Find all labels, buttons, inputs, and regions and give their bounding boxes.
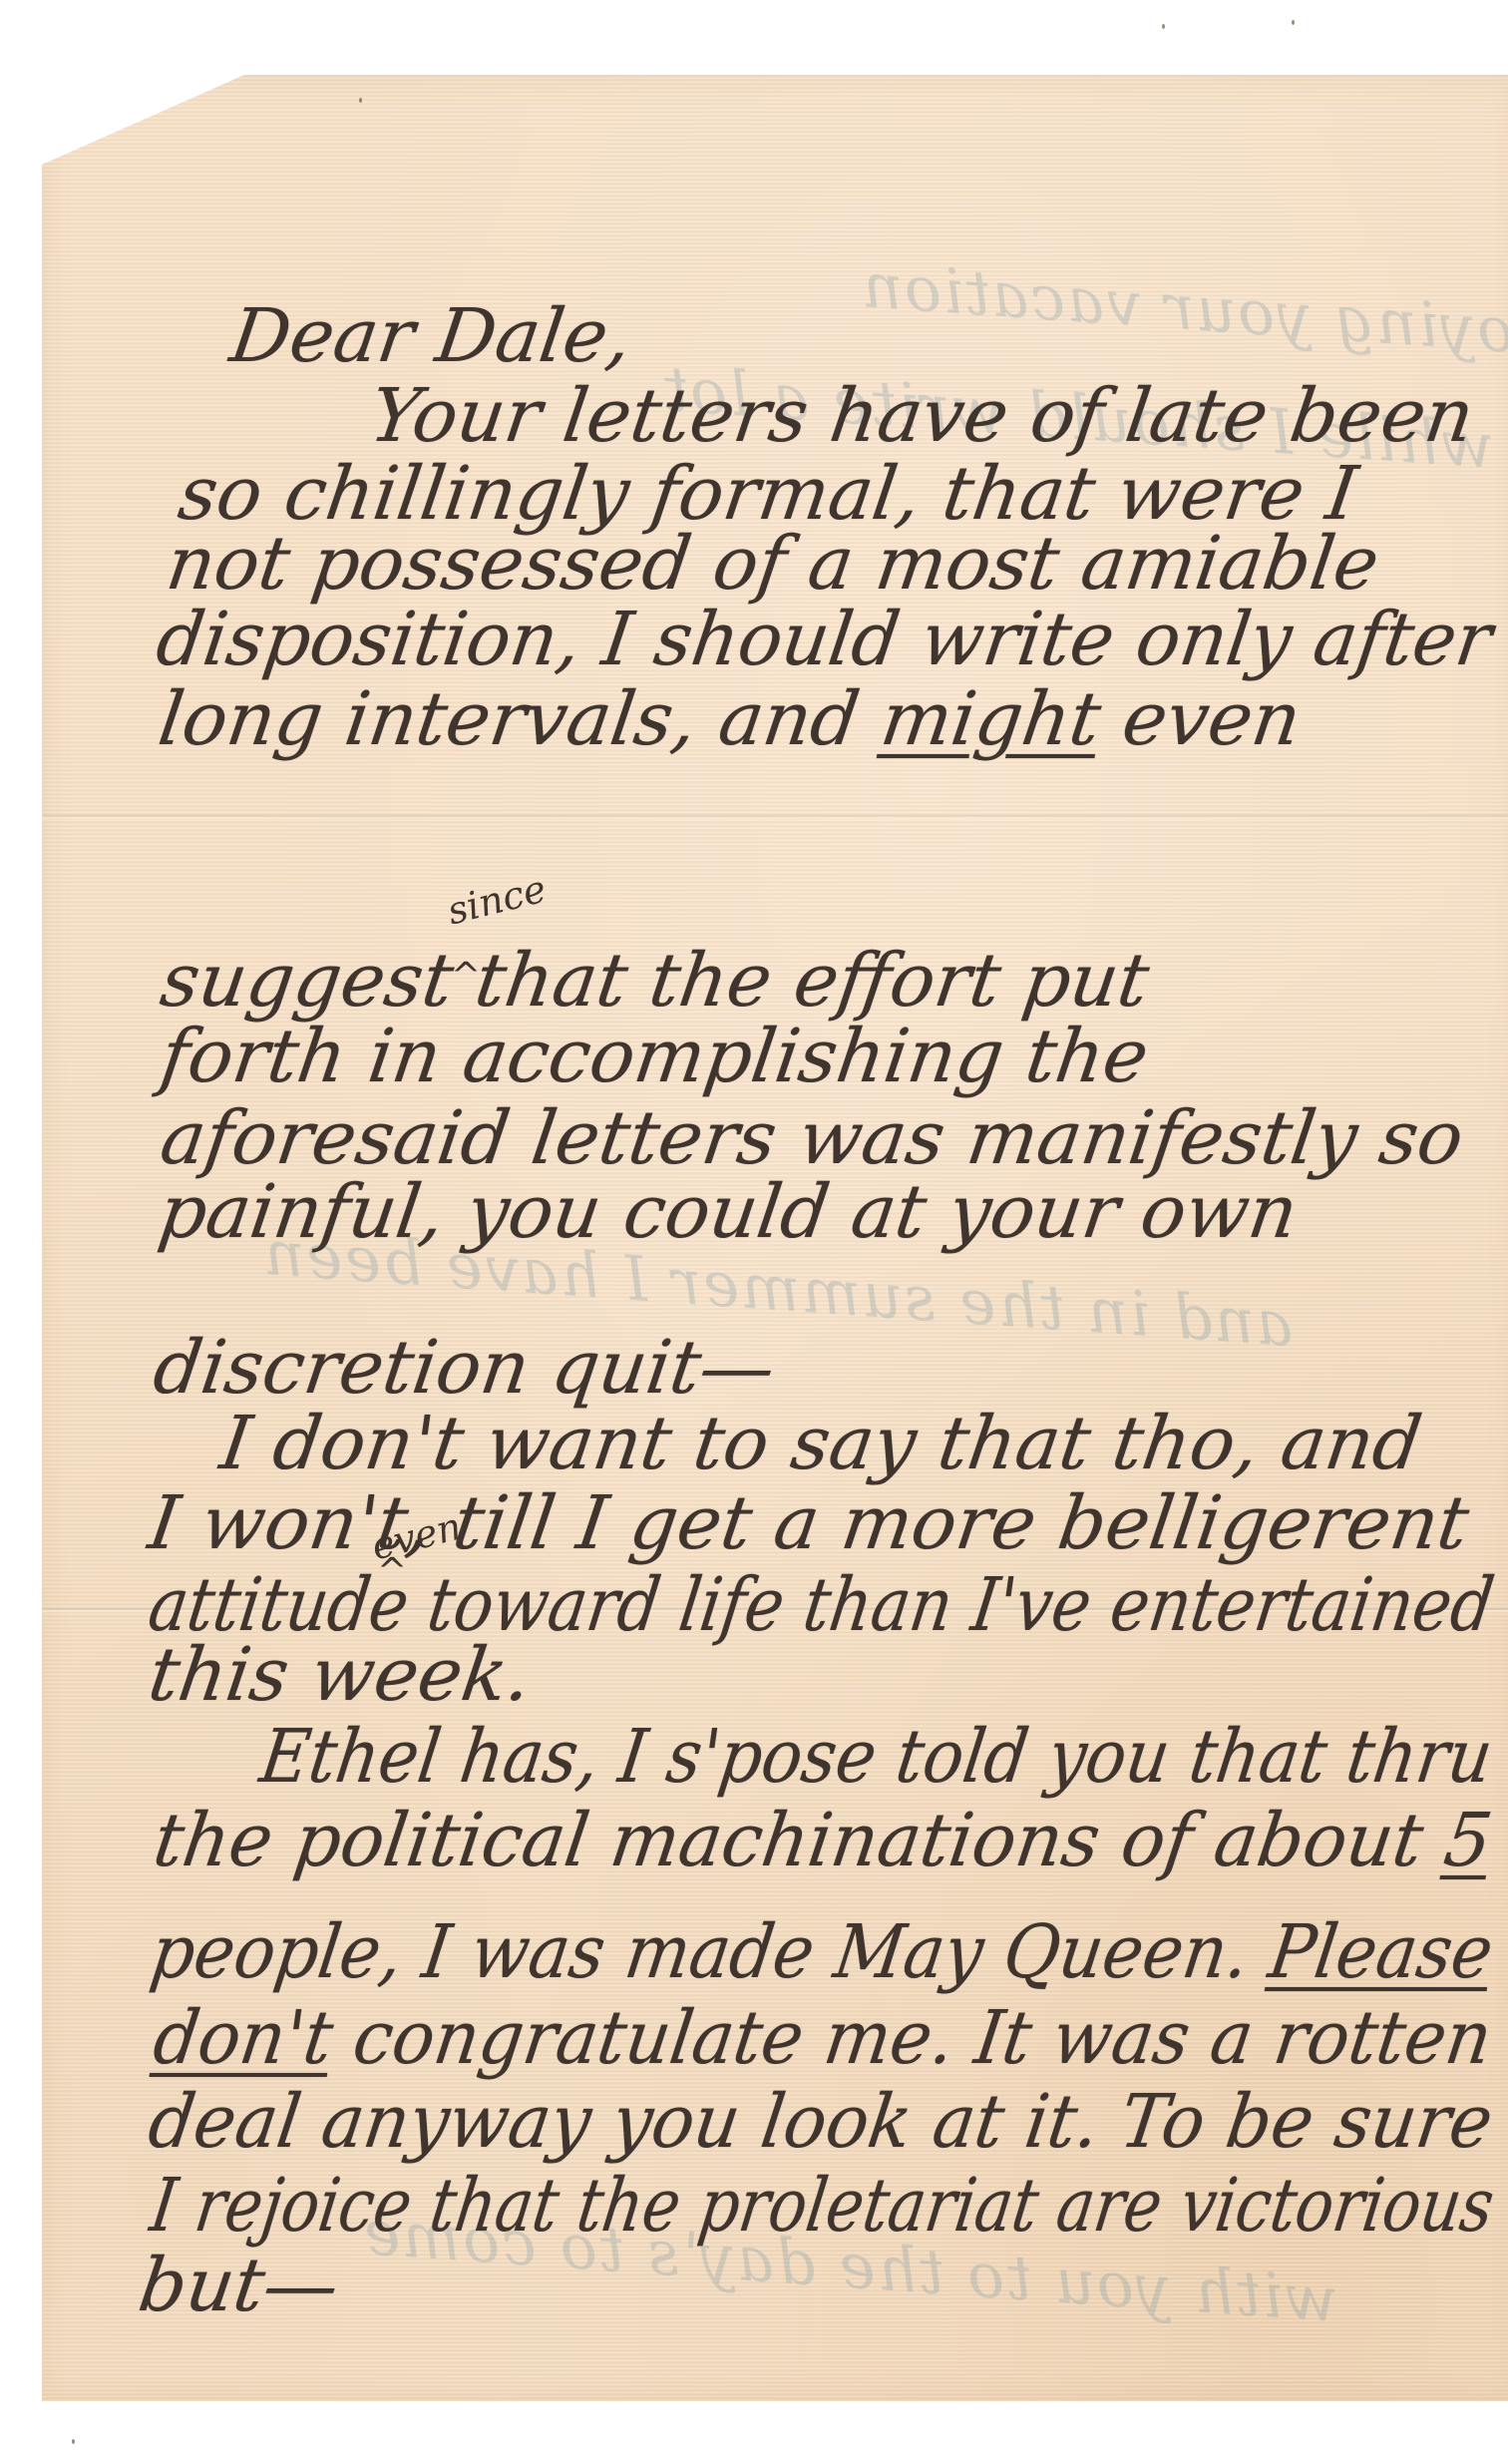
letter-line: Ethel has, I s'pose told you that thru	[256, 1720, 1497, 1794]
letter-line: don't congratulate me. It was a rotten	[150, 2001, 1496, 2075]
letter-line: this week.	[145, 1638, 536, 1712]
letter-line: aforesaid letters was manifestly so	[157, 1101, 1468, 1175]
letter-line: discretion quit—	[150, 1331, 780, 1405]
underlined-word: don't	[149, 1995, 338, 2081]
letter-line: forth in accomplishing the	[157, 1020, 1153, 1093]
letter-line: suggest that the effort put	[157, 944, 1153, 1018]
letter-line: so chillingly formal, that were I	[175, 457, 1361, 531]
letter-line: Your letters have of late been	[366, 379, 1478, 453]
letter-line: I won't, till I get a more belligerent	[145, 1486, 1473, 1560]
letter-line: deal anyway you look at it. To be sure	[145, 2085, 1497, 2159]
letter-line: I rejoice that the proletariat are victo…	[147, 2169, 1498, 2243]
salutation: Dear Dale,	[226, 299, 636, 373]
letter-line: I don't want to say that tho, and	[216, 1407, 1426, 1480]
bleed-through-text: You are enjoying your vacation	[859, 248, 1508, 393]
letter-line: not possessed of a most amiable	[163, 527, 1383, 601]
underlined-word: Please	[1264, 1909, 1498, 1995]
letter-line: long intervals, and might even	[155, 682, 1306, 756]
letter-line: but—	[135, 2249, 343, 2322]
letter-line: attitude toward life than I've entertain…	[145, 1568, 1498, 1642]
underlined-word: might	[876, 676, 1106, 762]
paper-speck	[1292, 20, 1295, 25]
insertion-caret: ^	[451, 956, 481, 997]
paper-speck	[359, 98, 362, 103]
fold-line-upper	[42, 814, 1508, 820]
paper-speck	[72, 2439, 75, 2444]
paper-speck	[1162, 24, 1165, 29]
letter-line: painful, you could at your own	[155, 1175, 1303, 1249]
letter-line: people, I was made May Queen. Please	[147, 1915, 1497, 1989]
letter-line: the political machinations of about 5	[150, 1804, 1496, 1877]
letter-line: disposition, I should write only after	[153, 603, 1496, 676]
